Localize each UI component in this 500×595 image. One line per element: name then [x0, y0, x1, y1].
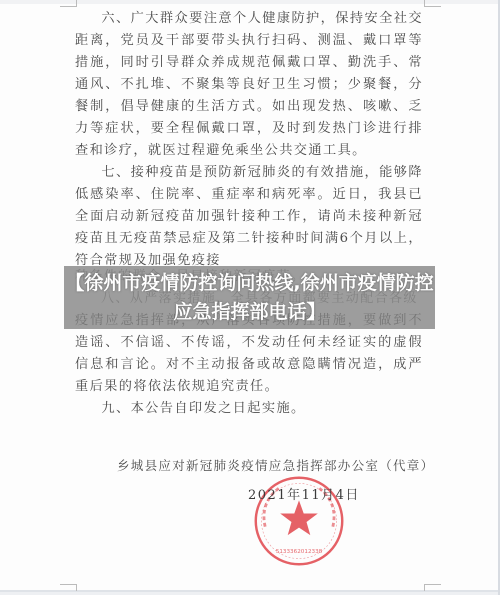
margin-corner-mark [60, 0, 77, 7]
paragraph-nine: 九、本公告自印发之日起实施。 [75, 398, 423, 420]
issuer-signature: 乡城县应对新冠肺炎疫情应急指挥部办公室（代章） [117, 456, 434, 474]
margin-corner-mark [60, 584, 77, 591]
paragraph-seven: 七、接种疫苗是预防新冠肺炎的有效措施，能够降低感染率、住院率、重症率和病死率。近… [75, 162, 423, 272]
banner-title: 【徐州市疫情防控询问热线,徐州市疫情防控应急指挥部电话】 [64, 266, 435, 327]
paragraph-six: 六、广大群众要注意个人健康防护，保持安全社交距离，党员及干部要带头执行扫码、测温… [75, 8, 423, 162]
document-body: 六、广大群众要注意个人健康防护，保持安全社交距离，党员及干部要带头执行扫码、测温… [75, 8, 423, 272]
issue-date: 2021年11月4日 [248, 484, 360, 503]
margin-corner-mark [424, 584, 441, 591]
margin-corner-mark [424, 0, 441, 7]
svg-text:5133362012338: 5133362012338 [276, 549, 323, 555]
